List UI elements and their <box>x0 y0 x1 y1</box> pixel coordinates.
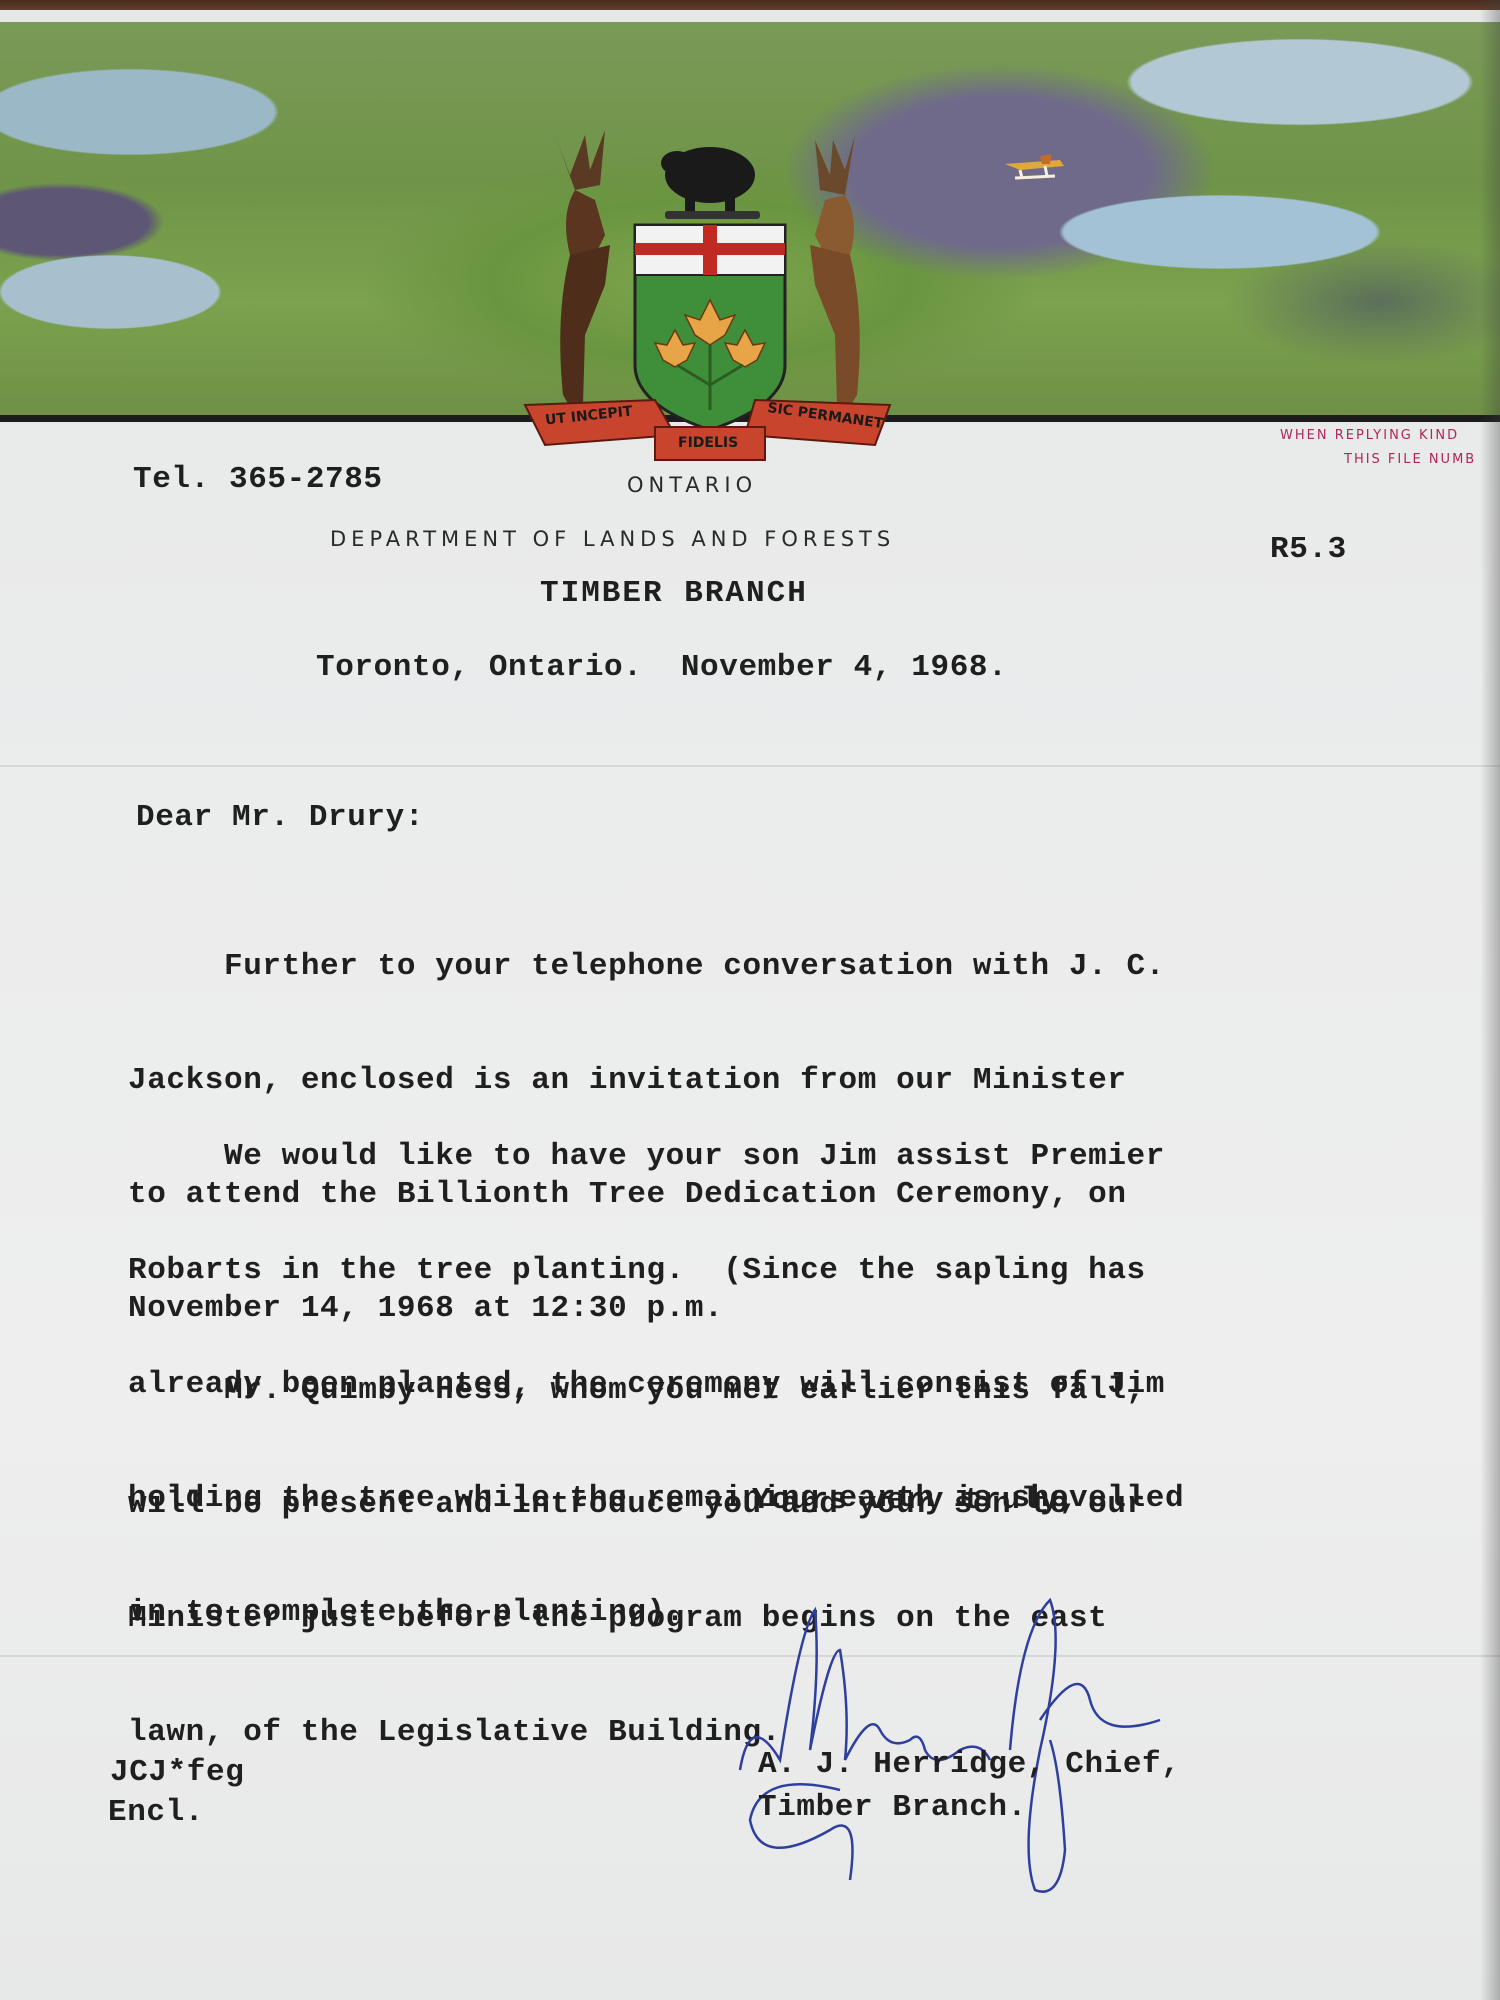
enclosure-note: Encl. <box>108 1795 204 1830</box>
salutation: Dear Mr. Drury: <box>136 800 424 835</box>
seaplane-icon <box>1000 152 1070 192</box>
deer-icon <box>810 135 860 415</box>
reference-initials: JCJ*feg <box>110 1755 244 1790</box>
signatory-title: Timber Branch. <box>758 1790 1027 1825</box>
reply-note-line-2: THIS FILE NUMB <box>1280 448 1500 472</box>
paragraph-line: Further to your telephone conversation w… <box>128 948 1165 986</box>
paper-fold <box>0 765 1500 767</box>
closing: Yours very truly, <box>752 1483 1078 1518</box>
ontario-coat-of-arms: UT INCEPIT FIDELIS SIC PERMANET <box>515 115 905 465</box>
paragraph-line: Mr. Quimby Hess, whom you met earlier th… <box>128 1372 1146 1410</box>
paragraph-line: Robarts in the tree planting. (Since the… <box>128 1252 1184 1290</box>
signatory-name: A. J. Herridge, Chief, <box>758 1747 1180 1782</box>
page-edge-shadow <box>1480 0 1500 2000</box>
reply-instructions: WHEN REPLYING KIND THIS FILE NUMB <box>1280 424 1500 472</box>
bear-icon <box>661 147 760 219</box>
telephone-number: Tel. 365-2785 <box>133 462 383 497</box>
reply-note-line-1: WHEN REPLYING KIND <box>1280 424 1500 448</box>
province-name: ONTARIO <box>627 473 757 497</box>
paragraph-line: We would like to have your son Jim assis… <box>128 1138 1184 1176</box>
department-name: DEPARTMENT OF LANDS AND FORESTS <box>330 527 895 551</box>
moose-icon <box>555 130 610 415</box>
motto-center: FIDELIS <box>678 435 738 451</box>
place-and-date: Toronto, Ontario. November 4, 1968. <box>316 650 1007 685</box>
file-number: R5.3 <box>1270 532 1347 567</box>
letter-paper: UT INCEPIT FIDELIS SIC PERMANET WHEN REP… <box>0 10 1500 2000</box>
shield-icon <box>635 225 785 430</box>
handwritten-signature <box>720 1590 1240 1900</box>
branch-name: TIMBER BRANCH <box>540 576 808 611</box>
